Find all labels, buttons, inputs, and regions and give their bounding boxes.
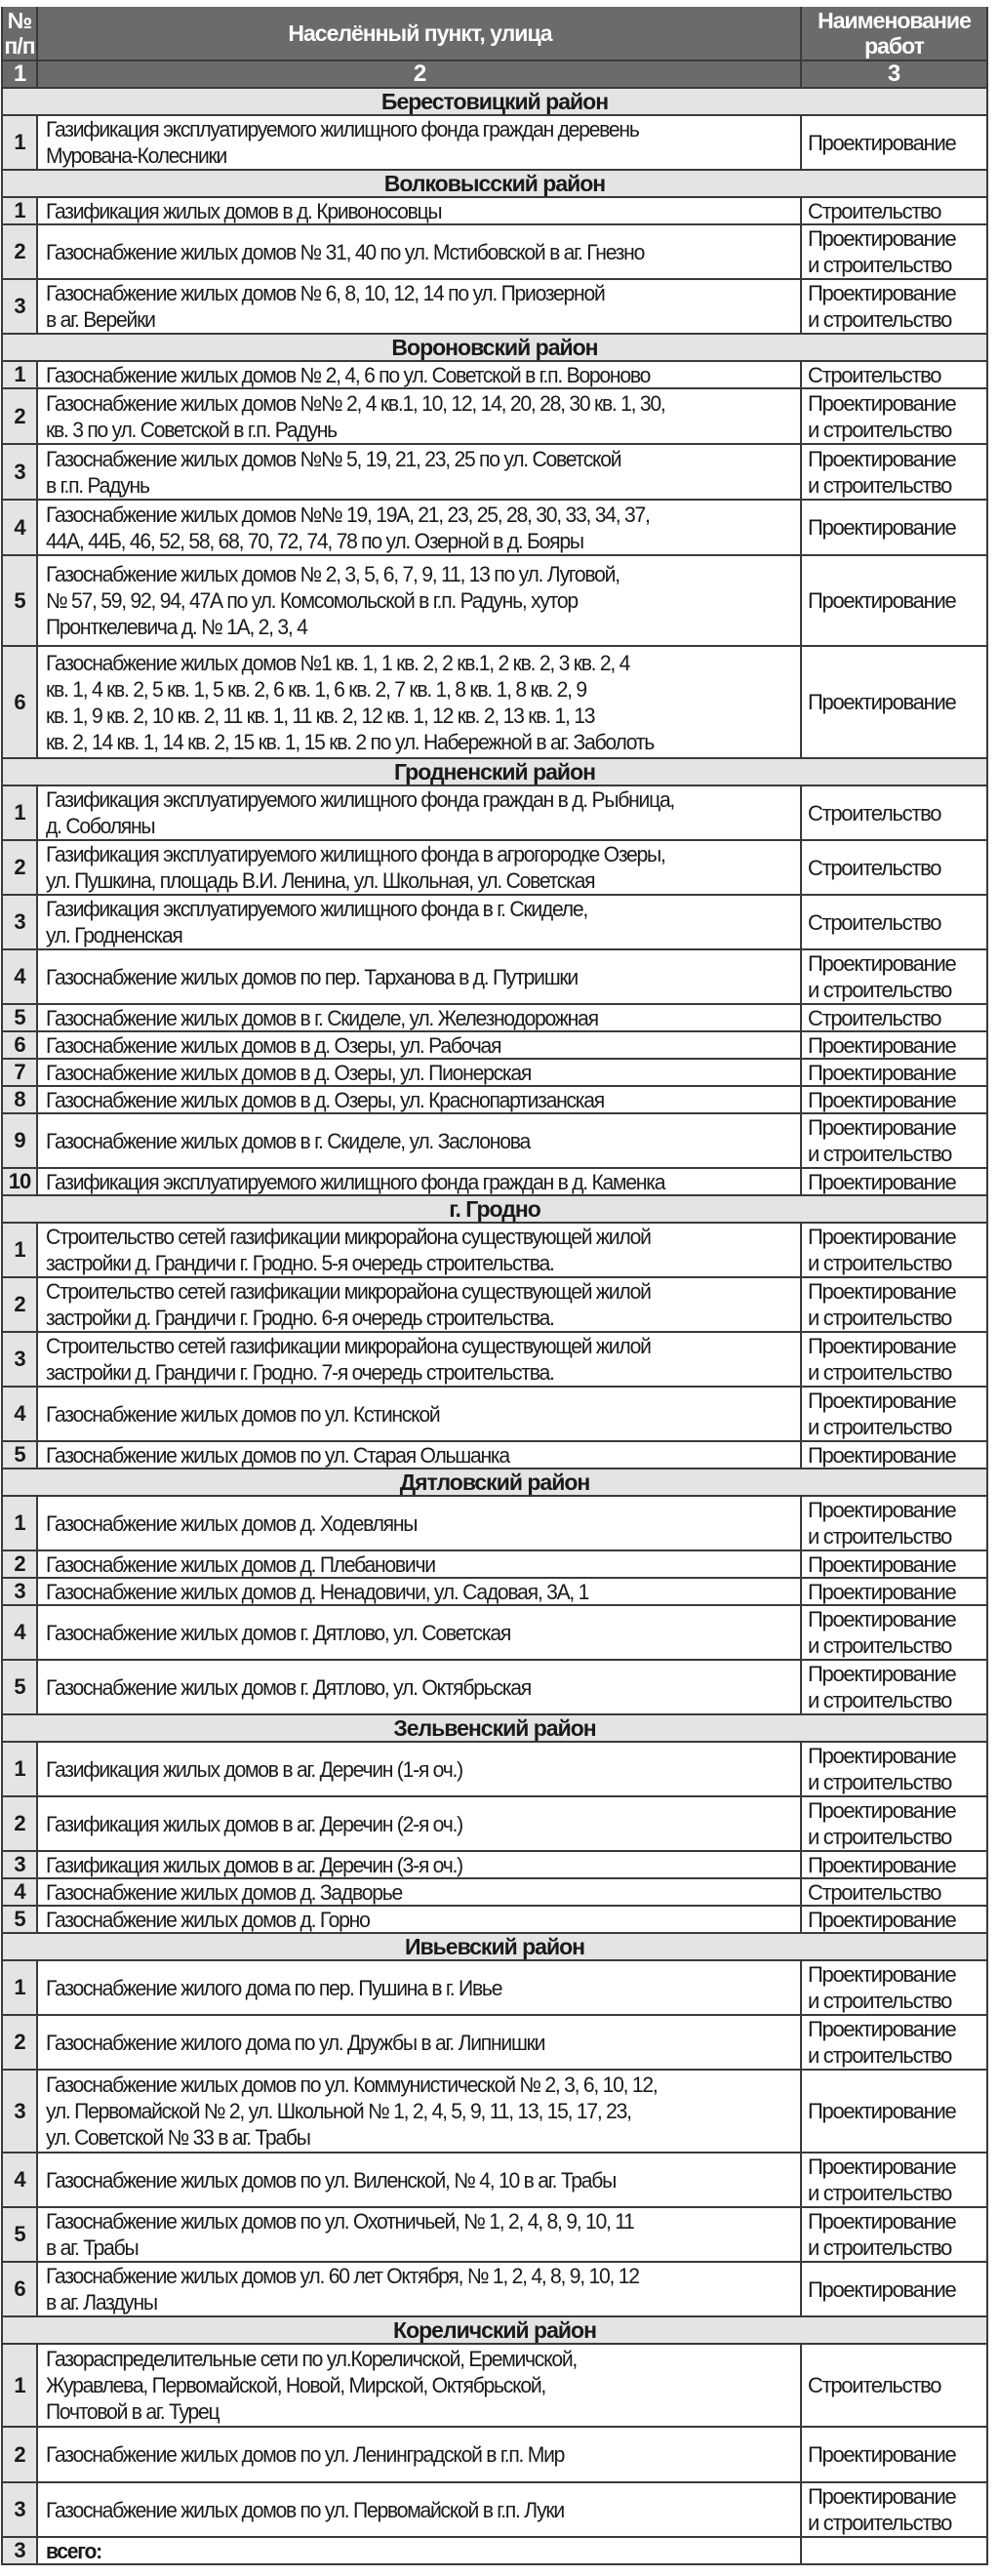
district-header: Гродненский район [3, 759, 986, 786]
table-row: 1Газоснабжение жилого дома по пер. Пушин… [3, 1961, 986, 2016]
table-row: 3Газификация эксплуатируемого жилищного … [3, 896, 986, 950]
row-number: 1 [3, 1224, 38, 1276]
row-number: 7 [3, 1060, 38, 1085]
row-location: Газоснабжение жилых домов д. Плебановичи [38, 1551, 802, 1577]
table-row: 2Газоснабжение жилых домов д. Плебанович… [3, 1551, 986, 1579]
row-location: Газоснабжение жилых домов д. Задворье [38, 1879, 802, 1905]
row-location: Газоснабжение жилых домов по ул. Ленингр… [38, 2428, 802, 2481]
row-number: 1 [3, 1961, 38, 2014]
table-row: 4Газоснабжение жилых домов д. ЗадворьеСт… [3, 1879, 986, 1907]
table-row: 5Газоснабжение жилых домов в г. Скиделе,… [3, 1005, 986, 1032]
row-number: 3 [3, 445, 38, 499]
table-row: 5Газоснабжение жилых домов по ул. Старая… [3, 1442, 986, 1469]
row-number: 1 [3, 116, 38, 169]
row-location: Газоснабжение жилых домов по пер. Тархан… [38, 950, 802, 1003]
total-label: всего: [38, 2538, 802, 2563]
row-location: Газораспределительные сети по ул.Корелич… [38, 2345, 802, 2426]
row-number: 5 [3, 2208, 38, 2261]
row-number: 3 [3, 2483, 38, 2536]
row-number: 4 [3, 950, 38, 1003]
row-work-type: Строительство [802, 2345, 986, 2426]
table-row: 6Газоснабжение жилых домов ул. 60 лет Ок… [3, 2263, 986, 2317]
table-row: 1Газораспределительные сети по ул.Корели… [3, 2345, 986, 2428]
row-number: 2 [3, 2016, 38, 2069]
header-work-type: Наименование работ [802, 7, 986, 60]
index-col-1: 1 [3, 61, 38, 87]
table-row: 2Газификация эксплуатируемого жилищного … [3, 841, 986, 896]
table-row: 2Газоснабжение жилого дома по ул. Дружбы… [3, 2016, 986, 2071]
row-work-type: Проектирование и строительство [802, 2483, 986, 2536]
row-work-type: Проектирование и строительство [802, 445, 986, 499]
row-location: Газоснабжение жилых домов №№ 2, 4 кв.1, … [38, 389, 802, 443]
table-row: 4Газоснабжение жилых домов по ул. Виленс… [3, 2153, 986, 2208]
table-row: 5Газоснабжение жилых домов по ул. Охотни… [3, 2208, 986, 2263]
row-location: Газоснабжение жилых домов по ул. Первома… [38, 2483, 802, 2536]
row-work-type: Строительство [802, 1879, 986, 1905]
row-number: 4 [3, 1879, 38, 1905]
row-work-type: Проектирование и строительство [802, 1388, 986, 1440]
row-number: 2 [3, 1797, 38, 1850]
row-location: Газификация эксплуатируемого жилищного ф… [38, 841, 802, 894]
row-number: 6 [3, 1032, 38, 1058]
table-row: 1Газоснабжение жилых домов № 2, 4, 6 по … [3, 362, 986, 389]
district-header: Берестовицкий район [3, 89, 986, 116]
row-number: 8 [3, 1087, 38, 1112]
row-location: Газоснабжение жилых домов в д. Озеры, ул… [38, 1087, 802, 1112]
table-row: 2Газоснабжение жилых домов № 31, 40 по у… [3, 225, 986, 280]
row-work-type: Проектирование и строительство [802, 225, 986, 278]
total-row: 3 всего: [3, 2538, 986, 2565]
district-header: г. Гродно [3, 1196, 986, 1224]
row-work-type: Проектирование и строительство [802, 280, 986, 333]
table-row: 4Газоснабжение жилых домов №№ 19, 19А, 2… [3, 501, 986, 556]
row-number: 2 [3, 389, 38, 443]
table-row: 1Газификация жилых домов в д. Кривоносов… [3, 198, 986, 225]
row-location: Газоснабжение жилых домов д. Ходевляны [38, 1497, 802, 1550]
row-location: Газоснабжение жилого дома по ул. Дружбы … [38, 2016, 802, 2069]
row-number: 4 [3, 1606, 38, 1659]
row-location: Строительство сетей газификации микрорай… [38, 1333, 802, 1386]
row-work-type: Проектирование и строительство [802, 1224, 986, 1276]
row-number: 6 [3, 647, 38, 757]
table-row: 5Газоснабжение жилых домов № 2, 3, 5, 6,… [3, 556, 986, 647]
table-body: Берестовицкий район1Газификация эксплуат… [3, 89, 986, 2538]
table-row: 4Газоснабжение жилых домов по пер. Тарха… [3, 950, 986, 1005]
header-number: № п/п [3, 7, 38, 60]
row-number: 3 [3, 2071, 38, 2152]
row-number: 1 [3, 1497, 38, 1550]
row-work-type: Проектирование [802, 116, 986, 169]
row-location: Газификация эксплуатируемого жилищного ф… [38, 116, 802, 169]
row-number: 5 [3, 1661, 38, 1713]
row-work-type: Проектирование [802, 1907, 986, 1932]
table-row: 5Газоснабжение жилых домов г. Дятлово, у… [3, 1661, 986, 1715]
row-location: Газификация эксплуатируемого жилищного ф… [38, 896, 802, 948]
row-location: Газоснабжение жилых домов по ул. Виленск… [38, 2153, 802, 2206]
row-number: 4 [3, 501, 38, 554]
row-work-type: Проектирование [802, 1579, 986, 1604]
district-header: Вороновский район [3, 335, 986, 362]
row-location: Газоснабжение жилого дома по пер. Пушина… [38, 1961, 802, 2014]
table-row: 6Газоснабжение жилых домов в д. Озеры, у… [3, 1032, 986, 1060]
table-row: 1Газоснабжение жилых домов д. ХодевляныП… [3, 1497, 986, 1551]
row-location: Газоснабжение жилых домов д. Горно [38, 1907, 802, 1932]
row-work-type: Проектирование и строительство [802, 1797, 986, 1850]
table-row: 3Газоснабжение жилых домов по ул. Первом… [3, 2483, 986, 2538]
row-location: Газификация жилых домов в аг. Деречин (3… [38, 1852, 802, 1877]
district-header: Дятловский район [3, 1469, 986, 1497]
row-number: 1 [3, 2345, 38, 2426]
row-work-type: Проектирование [802, 1087, 986, 1112]
row-number: 2 [3, 2428, 38, 2481]
table-row: 7Газоснабжение жилых домов в д. Озеры, у… [3, 1060, 986, 1087]
total-work [802, 2538, 986, 2563]
row-location: Строительство сетей газификации микрорай… [38, 1278, 802, 1331]
row-number: 4 [3, 2153, 38, 2206]
district-header: Ивьевский район [3, 1934, 986, 1961]
row-number: 10 [3, 1169, 38, 1194]
gasification-table: № п/п Населённый пункт, улица Наименован… [1, 7, 988, 2565]
row-location: Газоснабжение жилых домов г. Дятлово, ул… [38, 1661, 802, 1713]
row-work-type: Проектирование [802, 1442, 986, 1468]
row-work-type: Проектирование [802, 1169, 986, 1194]
row-number: 2 [3, 225, 38, 278]
district-header: Зельвенский район [3, 1715, 986, 1743]
row-location: Газоснабжение жилых домов № 2, 4, 6 по у… [38, 362, 802, 387]
table-row: 1Газификация эксплуатируемого жилищного … [3, 116, 986, 171]
row-number: 6 [3, 2263, 38, 2315]
row-work-type: Проектирование и строительство [802, 950, 986, 1003]
row-work-type: Проектирование [802, 2428, 986, 2481]
table-row: 2Газификация жилых домов в аг. Деречин (… [3, 1797, 986, 1852]
row-number: 1 [3, 362, 38, 387]
table-row: 10Газификация эксплуатируемого жилищного… [3, 1169, 986, 1196]
row-number: 1 [3, 786, 38, 839]
row-location: Строительство сетей газификации микрорай… [38, 1224, 802, 1276]
row-location: Газоснабжение жилых домов № 6, 8, 10, 12… [38, 280, 802, 333]
row-location: Газоснабжение жилых домов по ул. Старая … [38, 1442, 802, 1468]
row-work-type: Проектирование [802, 556, 986, 645]
row-location: Газоснабжение жилых домов ул. 60 лет Окт… [38, 2263, 802, 2315]
row-number: 3 [3, 280, 38, 333]
column-index-row: 1 2 3 [3, 61, 986, 89]
row-location: Газоснабжение жилых домов № 31, 40 по ул… [38, 225, 802, 278]
table-row: 1Строительство сетей газификации микрора… [3, 1224, 986, 1278]
row-location: Газоснабжение жилых домов №№ 5, 19, 21, … [38, 445, 802, 499]
row-location: Газоснабжение жилых домов в д. Озеры, ул… [38, 1060, 802, 1085]
row-location: Газоснабжение жилых домов №№ 19, 19А, 21… [38, 501, 802, 554]
row-location: Газоснабжение жилых домов №1 кв. 1, 1 кв… [38, 647, 802, 757]
table-row: 1Газификация жилых домов в аг. Деречин (… [3, 1743, 986, 1797]
row-work-type: Проектирование [802, 2071, 986, 2152]
row-number: 5 [3, 1907, 38, 1932]
table-row: 3Газоснабжение жилых домов д. Ненадовичи… [3, 1579, 986, 1606]
row-number: 1 [3, 1743, 38, 1795]
row-work-type: Проектирование и строительство [802, 2153, 986, 2206]
row-number: 5 [3, 1442, 38, 1468]
row-work-type: Проектирование и строительство [802, 1497, 986, 1550]
row-location: Газификация жилых домов в аг. Деречин (1… [38, 1743, 802, 1795]
row-location: Газоснабжение жилых домов по ул. Охотнич… [38, 2208, 802, 2261]
row-work-type: Проектирование и строительство [802, 1661, 986, 1713]
row-location: Газификация эксплуатируемого жилищного ф… [38, 786, 802, 839]
row-location: Газоснабжение жилых домов д. Ненадовичи,… [38, 1579, 802, 1604]
row-number: 5 [3, 556, 38, 645]
table-row: 9Газоснабжение жилых домов в г. Скиделе,… [3, 1114, 986, 1169]
table-row: 4Газоснабжение жилых домов по ул. Кстинс… [3, 1388, 986, 1442]
table-row: 2Газоснабжение жилых домов по ул. Ленинг… [3, 2428, 986, 2483]
row-number: 3 [3, 896, 38, 948]
row-work-type: Проектирование [802, 1852, 986, 1877]
row-number: 5 [3, 1005, 38, 1030]
row-number: 2 [3, 1278, 38, 1331]
row-work-type: Проектирование [802, 2263, 986, 2315]
row-location: Газоснабжение жилых домов по ул. Кстинск… [38, 1388, 802, 1440]
row-work-type: Строительство [802, 1005, 986, 1030]
header-location: Населённый пункт, улица [38, 7, 802, 60]
row-location: Газоснабжение жилых домов в д. Озеры, ул… [38, 1032, 802, 1058]
row-work-type: Строительство [802, 198, 986, 223]
row-work-type: Проектирование [802, 501, 986, 554]
row-work-type: Проектирование и строительство [802, 1333, 986, 1386]
row-work-type: Проектирование [802, 1551, 986, 1577]
table-row: 2Строительство сетей газификации микрора… [3, 1278, 986, 1333]
row-work-type: Проектирование и строительство [802, 1606, 986, 1659]
row-location: Газификация эксплуатируемого жилищного ф… [38, 1169, 802, 1194]
row-work-type: Строительство [802, 786, 986, 839]
table-row: 2Газоснабжение жилых домов №№ 2, 4 кв.1,… [3, 389, 986, 445]
row-work-type: Проектирование и строительство [802, 1743, 986, 1795]
row-number: 3 [3, 1852, 38, 1877]
row-work-type: Проектирование и строительство [802, 1961, 986, 2014]
table-row: 3Газоснабжение жилых домов № 6, 8, 10, 1… [3, 280, 986, 335]
table-header-row: № п/п Населённый пункт, улица Наименован… [3, 7, 986, 61]
row-work-type: Строительство [802, 841, 986, 894]
table-row: 3Газоснабжение жилых домов №№ 5, 19, 21,… [3, 445, 986, 501]
row-number: 1 [3, 198, 38, 223]
row-number: 2 [3, 1551, 38, 1577]
table-row: 8Газоснабжение жилых домов в д. Озеры, у… [3, 1087, 986, 1114]
row-work-type: Проектирование и строительство [802, 1114, 986, 1167]
row-number: 9 [3, 1114, 38, 1167]
row-work-type: Проектирование [802, 1060, 986, 1085]
total-number: 3 [3, 2538, 38, 2563]
row-location: Газоснабжение жилых домов в г. Скиделе, … [38, 1005, 802, 1030]
table-row: 3Строительство сетей газификации микрора… [3, 1333, 986, 1388]
table-row: 4Газоснабжение жилых домов г. Дятлово, у… [3, 1606, 986, 1661]
table-row: 3Газификация жилых домов в аг. Деречин (… [3, 1852, 986, 1879]
table-row: 3Газоснабжение жилых домов по ул. Коммун… [3, 2071, 986, 2153]
row-number: 3 [3, 1333, 38, 1386]
row-location: Газоснабжение жилых домов № 2, 3, 5, 6, … [38, 556, 802, 645]
index-col-2: 2 [38, 61, 802, 87]
row-number: 2 [3, 841, 38, 894]
row-location: Газификация жилых домов в д. Кривоносовц… [38, 198, 802, 223]
index-col-3: 3 [802, 61, 986, 87]
row-work-type: Проектирование и строительство [802, 389, 986, 443]
row-work-type: Проектирование и строительство [802, 2016, 986, 2069]
row-work-type: Проектирование [802, 1032, 986, 1058]
district-header: Кореличский район [3, 2317, 986, 2345]
row-location: Газоснабжение жилых домов г. Дятлово, ул… [38, 1606, 802, 1659]
table-row: 1Газификация эксплуатируемого жилищного … [3, 786, 986, 841]
row-location: Газификация жилых домов в аг. Деречин (2… [38, 1797, 802, 1850]
row-work-type: Проектирование и строительство [802, 2208, 986, 2261]
row-number: 4 [3, 1388, 38, 1440]
table-row: 6Газоснабжение жилых домов №1 кв. 1, 1 к… [3, 647, 986, 759]
row-location: Газоснабжение жилых домов по ул. Коммуни… [38, 2071, 802, 2152]
row-work-type: Проектирование [802, 647, 986, 757]
table-row: 5Газоснабжение жилых домов д. ГорноПроек… [3, 1907, 986, 1934]
row-work-type: Проектирование и строительство [802, 1278, 986, 1331]
row-number: 3 [3, 1579, 38, 1604]
row-location: Газоснабжение жилых домов в г. Скиделе, … [38, 1114, 802, 1167]
row-work-type: Строительство [802, 362, 986, 387]
row-work-type: Строительство [802, 896, 986, 948]
district-header: Волковысский район [3, 171, 986, 198]
